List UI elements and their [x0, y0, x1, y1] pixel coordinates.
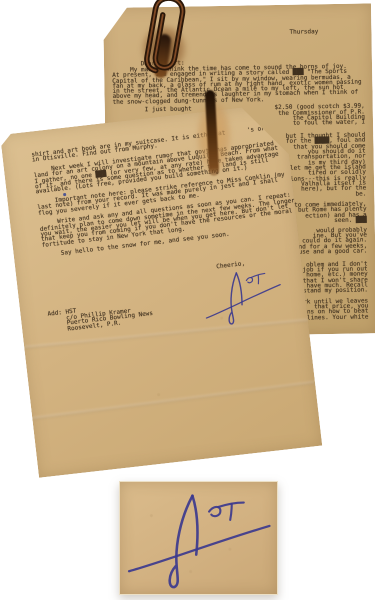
photo-stage: Thursday Dearart: My man, I think the ti… [0, 0, 375, 600]
fragment-block-b: but I thought I should for the ████, fou… [286, 132, 367, 198]
fragment-block-e: oblem and I don't job if you run out at … [295, 261, 368, 294]
fragment-block-c: to come immediately, but Rome has plenty… [294, 201, 367, 224]
signature-small [191, 261, 294, 330]
signature-closeup [119, 481, 278, 595]
bought-line-left: I just bought [145, 106, 192, 112]
ink-dot [63, 193, 66, 196]
signature-large [123, 485, 274, 591]
fragment-block-a: the Commissioner of P.R. the Capitol Bui… [278, 109, 365, 127]
letter-front-page: shirt and art book are in my suitcase. I… [0, 103, 322, 478]
letter-date: Thursday [289, 29, 318, 35]
